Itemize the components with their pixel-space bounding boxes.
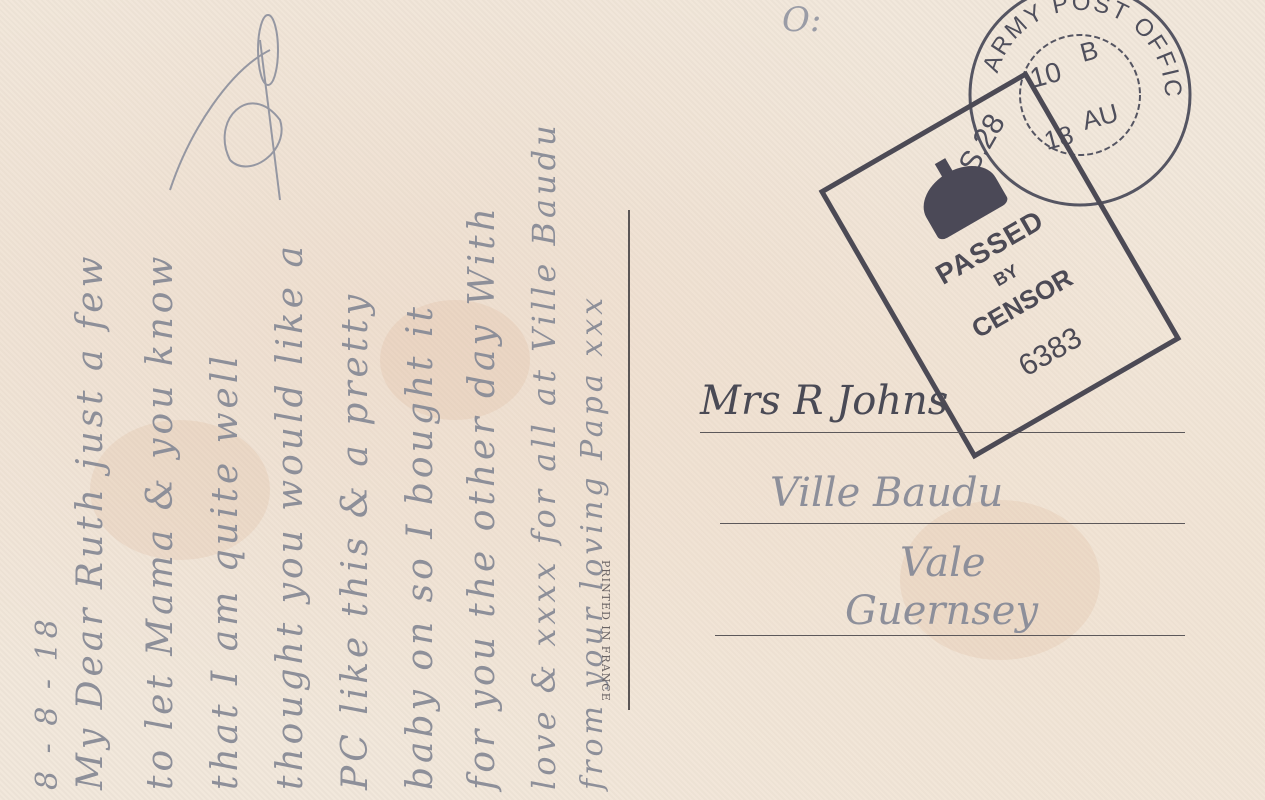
svg-text:B: B	[1077, 34, 1102, 67]
svg-text:AU: AU	[1079, 97, 1122, 135]
message-line: My Dear Ruth just a few	[70, 253, 111, 790]
svg-text:ARMY POST OFFICE: ARMY POST OFFICE	[955, 0, 1186, 99]
message-line: to let Mama & you know	[140, 253, 181, 790]
message-line: for you the other day With	[462, 204, 503, 790]
postcard-back: 8 - 8 - 18 My Dear Ruth just a few to le…	[0, 0, 1265, 800]
address-line-parish: Vale	[900, 540, 986, 586]
address-rule	[715, 635, 1185, 636]
handwritten-message: 8 - 8 - 18 My Dear Ruth just a few to le…	[0, 0, 620, 800]
doodle-sketch-icon	[150, 10, 300, 210]
message-line: PC like this & a pretty	[335, 291, 376, 790]
printed-in-france-imprint: PRINTED IN FRANCE	[599, 560, 612, 702]
message-line: that I am quite well	[205, 352, 246, 790]
address-line-house: Ville Baudu	[770, 470, 1003, 516]
message-line: from your loving Papa xxx	[575, 294, 610, 790]
message-line: thought you would like a	[270, 242, 311, 790]
center-divider	[628, 210, 630, 710]
address-rule	[720, 523, 1185, 524]
address-line-island: Guernsey	[845, 588, 1038, 634]
message-line: love & xxxx for all at Ville Baudu	[525, 121, 563, 790]
corner-mark: O:	[782, 0, 821, 40]
message-date: 8 - 8 - 18	[30, 615, 65, 790]
address-line-name: Mrs R Johns	[700, 378, 948, 424]
address-rule	[700, 432, 1185, 433]
message-line: baby on so I bought it	[400, 303, 441, 790]
